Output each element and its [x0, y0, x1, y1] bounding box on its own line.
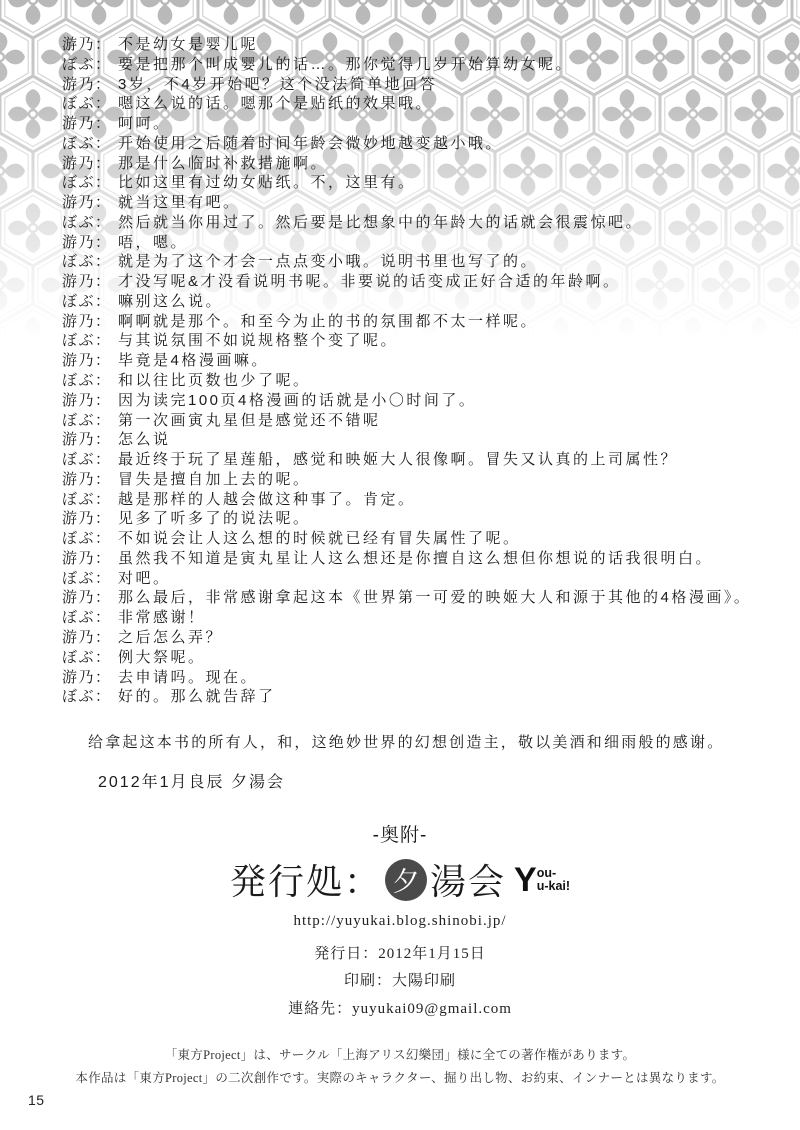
dialogue-text: 冒失是擅自加上去的呢。	[118, 470, 311, 490]
dialogue-line: 游乃： 3岁，不4岁开始吧？这个没法简单地回答	[62, 75, 796, 95]
disclaimer-line-1: 「東方Project」は、サークル「上海アリス幻樂団」様に全ての著作権があります…	[0, 1045, 800, 1063]
disclaimer-line-2: 本作品は「東方Project」の二次創作です。実際のキャラクター、掘り出し物、お…	[0, 1068, 800, 1086]
dialogue-text: 毕竟是4格漫画嘛。	[118, 351, 269, 371]
dialogue-text: 对吧。	[118, 569, 171, 589]
printer-info: 印刷：大陽印刷	[0, 969, 800, 990]
dialogue-text: 最近终于玩了星莲船，感觉和映姬大人很像啊。冒失又认真的上司属性？	[118, 450, 678, 470]
dialogue-speaker: ぼぶ：	[62, 687, 118, 707]
dialogue-line: ぼぶ： 例大祭呢。	[62, 648, 796, 668]
dialogue-text: 例大祭呢。	[118, 648, 206, 668]
dialogue-speaker: ぼぶ：	[62, 529, 118, 549]
closing-date-signature: 2012年1月良辰 夕湯会	[98, 769, 285, 792]
dialogue-text: 那么最后，非常感谢拿起这本《世界第一可爱的映姬大人和源于其他的4格漫画》。	[118, 588, 751, 608]
dialogue-text: 比如这里有过幼女贴纸。不，这里有。	[118, 173, 416, 193]
dialogue-line: 游乃： 毕竟是4格漫画嘛。	[62, 351, 796, 371]
doujinshi-afterword-page: 游乃： 不是幼女是婴儿呢 ぼぶ： 要是把那个叫成婴儿的话…。那你觉得几岁开始算幼…	[0, 0, 800, 1130]
dialogue-line: ぼぶ： 比如这里有过幼女贴纸。不，这里有。	[62, 173, 796, 193]
yuukai-wordmark-y: Y	[514, 865, 537, 895]
dialogue-text: 因为读完100页4格漫画的话就是小〇时间了。	[118, 391, 476, 411]
dialogue-line: 游乃： 见多了听多了的说法呢。	[62, 509, 796, 529]
colophon-header: -奥附-	[0, 820, 800, 847]
dialogue-text: 第一次画寅丸星但是感觉还不错呢	[118, 411, 381, 431]
dialogue-speaker: 游乃：	[62, 391, 118, 411]
publisher-url: http://yuyukai.blog.shinobi.jp/	[0, 913, 800, 930]
dialogue-text: 3岁，不4岁开始吧？这个没法简单地回答	[118, 75, 437, 95]
dialogue-line: ぼぶ： 和以往比页数也少了呢。	[62, 371, 796, 391]
publisher-label: 発行処：	[230, 854, 382, 905]
dialogue-speaker: ぼぶ：	[62, 371, 118, 391]
dialogue-line: ぼぶ： 第一次画寅丸星但是感觉还不错呢	[62, 411, 796, 431]
dialogue-line: ぼぶ： 好的。那么就告辞了	[62, 687, 796, 707]
dialogue-line: 游乃： 唔，嗯。	[62, 233, 796, 253]
dialogue-text: 不是幼女是婴儿呢	[118, 35, 258, 55]
dialogue-text: 越是那样的人越会做这种事了。肯定。	[118, 490, 416, 510]
dialogue-text: 嘛别这么说。	[118, 292, 223, 312]
dialogue-line: ぼぶ： 不如说会让人这么想的时候就已经有冒失属性了呢。	[62, 529, 796, 549]
dialogue-speaker: 游乃：	[62, 430, 118, 450]
dialogue-speaker: 游乃：	[62, 470, 118, 490]
dialogue-text: 要是把那个叫成婴儿的话…。那你觉得几岁开始算幼女呢。	[118, 55, 573, 75]
dialogue-text: 见多了听多了的说法呢。	[118, 509, 311, 529]
dialogue-line: 游乃： 呵呵。	[62, 114, 796, 134]
dialogue-speaker: ぼぶ：	[62, 331, 118, 351]
dialogue-speaker: ぼぶ：	[62, 292, 118, 312]
dialogue-text: 不如说会让人这么想的时候就已经有冒失属性了呢。	[118, 529, 521, 549]
dialogue-speaker: ぼぶ：	[62, 608, 118, 628]
dialogue-text: 就当这里有吧。	[118, 193, 241, 213]
dialogue-line: 游乃： 啊啊就是那个。和至今为止的书的氛围都不太一样呢。	[62, 312, 796, 332]
dialogue-line: ぼぶ： 对吧。	[62, 569, 796, 589]
dialogue-speaker: 游乃：	[62, 75, 118, 95]
yuukai-wordmark: Y ou- u-kai!	[514, 865, 570, 895]
dialogue-speaker: ぼぶ：	[62, 173, 118, 193]
dialogue-line: ぼぶ： 嘛别这么说。	[62, 292, 796, 312]
publication-date: 発行日：2012年1月15日	[0, 942, 800, 963]
dialogue-line: 游乃： 冒失是擅自加上去的呢。	[62, 470, 796, 490]
dialogue-speaker: 游乃：	[62, 549, 118, 569]
contact-email: 連絡先：yuyukai09@gmail.com	[0, 997, 800, 1018]
dialogue-line: ぼぶ： 开始使用之后随着时间年龄会微妙地越变越小哦。	[62, 134, 796, 154]
dialogue-text: 和以往比页数也少了呢。	[118, 371, 311, 391]
dialogue-line: 游乃： 虽然我不知道是寅丸星让人这么想还是你擅自这么想但你想说的话我很明白。	[62, 549, 796, 569]
dialogue-speaker: 游乃：	[62, 272, 118, 292]
dialogue-speaker: ぼぶ：	[62, 490, 118, 510]
dialogue-text: 与其说氛围不如说规格整个变了呢。	[118, 331, 398, 351]
dialogue-speaker: 游乃：	[62, 35, 118, 55]
dialogue-speaker: ぼぶ：	[62, 55, 118, 75]
publisher-row: 発行処： 夕 湯会 Y ou- u-kai!	[0, 854, 800, 905]
closing-thanks: 给拿起这本书的所有人，和，这绝妙世界的幻想创造主，敬以美酒和细雨般的感谢。	[88, 731, 724, 752]
dialogue-text: 然后就当你用过了。然后要是比想象中的年龄大的话就会很震惊吧。	[118, 213, 643, 233]
dialogue-speaker: 游乃：	[62, 351, 118, 371]
circle-logo-icon: 夕	[385, 859, 427, 901]
dialogue-line: 游乃： 因为读完100页4格漫画的话就是小〇时间了。	[62, 391, 796, 411]
dialogue-line: ぼぶ： 然后就当你用过了。然后要是比想象中的年龄大的话就会很震惊吧。	[62, 213, 796, 233]
dialogue-speaker: ぼぶ：	[62, 94, 118, 114]
dialogue-line: ぼぶ： 要是把那个叫成婴儿的话…。那你觉得几岁开始算幼女呢。	[62, 55, 796, 75]
dialogue-speaker: 游乃：	[62, 312, 118, 332]
yuukai-wordmark-top: ou-	[537, 867, 570, 880]
yuukai-wordmark-stack: ou- u-kai!	[537, 867, 570, 892]
dialogue-text: 那是什么临时补救措施啊。	[118, 154, 328, 174]
dialogue-speaker: 游乃：	[62, 233, 118, 253]
dialogue-speaker: 游乃：	[62, 193, 118, 213]
dialogue-speaker: 游乃：	[62, 588, 118, 608]
dialogue-text: 之后怎么弄？	[118, 628, 223, 648]
dialogue-text: 唔，嗯。	[118, 233, 188, 253]
dialogue-speaker: 游乃：	[62, 668, 118, 688]
dialogue-line: 游乃： 就当这里有吧。	[62, 193, 796, 213]
dialogue-line: 游乃： 那是什么临时补救措施啊。	[62, 154, 796, 174]
dialogue-line: ぼぶ： 最近终于玩了星莲船，感觉和映姬大人很像啊。冒失又认真的上司属性？	[62, 450, 796, 470]
dialogue-speaker: ぼぶ：	[62, 450, 118, 470]
dialogue-line: 游乃： 之后怎么弄？	[62, 628, 796, 648]
dialogue-line: 游乃： 去申请吗。现在。	[62, 668, 796, 688]
dialogue-text: 才没写呢&才没看说明书呢。非要说的话变成正好合适的年龄啊。	[118, 272, 621, 292]
dialogue-line: 游乃： 不是幼女是婴儿呢	[62, 35, 796, 55]
dialogue-speaker: ぼぶ：	[62, 252, 118, 272]
dialogue-text: 开始使用之后随着时间年龄会微妙地越变越小哦。	[118, 134, 503, 154]
dialogue-speaker: ぼぶ：	[62, 569, 118, 589]
dialogue-speaker: 游乃：	[62, 509, 118, 529]
dialogue-line: ぼぶ： 非常感谢！	[62, 608, 796, 628]
dialogue-line: 游乃： 才没写呢&才没看说明书呢。非要说的话变成正好合适的年龄啊。	[62, 272, 796, 292]
dialogue-text: 非常感谢！	[118, 608, 206, 628]
dialogue-text: 嗯这么说的话。嗯那个是贴纸的效果哦。	[118, 94, 433, 114]
dialogue-text: 啊啊就是那个。和至今为止的书的氛围都不太一样呢。	[118, 312, 538, 332]
dialogue-text: 好的。那么就告辞了	[118, 687, 276, 707]
dialogue-line: ぼぶ： 越是那样的人越会做这种事了。肯定。	[62, 490, 796, 510]
yuukai-wordmark-bottom: u-kai!	[537, 880, 570, 893]
dialogue-text: 呵呵。	[118, 114, 171, 134]
dialogue-text: 怎么说	[118, 430, 171, 450]
publisher-name-rest: 湯会	[430, 854, 506, 905]
dialogue-speaker: ぼぶ：	[62, 213, 118, 233]
dialogue-speaker: ぼぶ：	[62, 134, 118, 154]
dialogue-line: ぼぶ： 与其说氛围不如说规格整个变了呢。	[62, 331, 796, 351]
dialogue-line: 游乃： 那么最后，非常感谢拿起这本《世界第一可爱的映姬大人和源于其他的4格漫画》…	[62, 588, 796, 608]
dialogue-line: ぼぶ： 就是为了这个才会一点点变小哦。说明书里也写了的。	[62, 252, 796, 272]
dialogue-text: 去申请吗。现在。	[118, 668, 258, 688]
page-number: 15	[28, 1092, 45, 1108]
dialogue-speaker: ぼぶ：	[62, 648, 118, 668]
dialogue-line: ぼぶ： 嗯这么说的话。嗯那个是贴纸的效果哦。	[62, 94, 796, 114]
dialogue-speaker: 游乃：	[62, 114, 118, 134]
dialogue-speaker: 游乃：	[62, 628, 118, 648]
dialogue-speaker: ぼぶ：	[62, 411, 118, 431]
dialogue-speaker: 游乃：	[62, 154, 118, 174]
dialogue-list: 游乃： 不是幼女是婴儿呢 ぼぶ： 要是把那个叫成婴儿的话…。那你觉得几岁开始算幼…	[62, 35, 796, 707]
dialogue-text: 虽然我不知道是寅丸星让人这么想还是你擅自这么想但你想说的话我很明白。	[118, 549, 713, 569]
dialogue-line: 游乃： 怎么说	[62, 430, 796, 450]
dialogue-text: 就是为了这个才会一点点变小哦。说明书里也写了的。	[118, 252, 538, 272]
